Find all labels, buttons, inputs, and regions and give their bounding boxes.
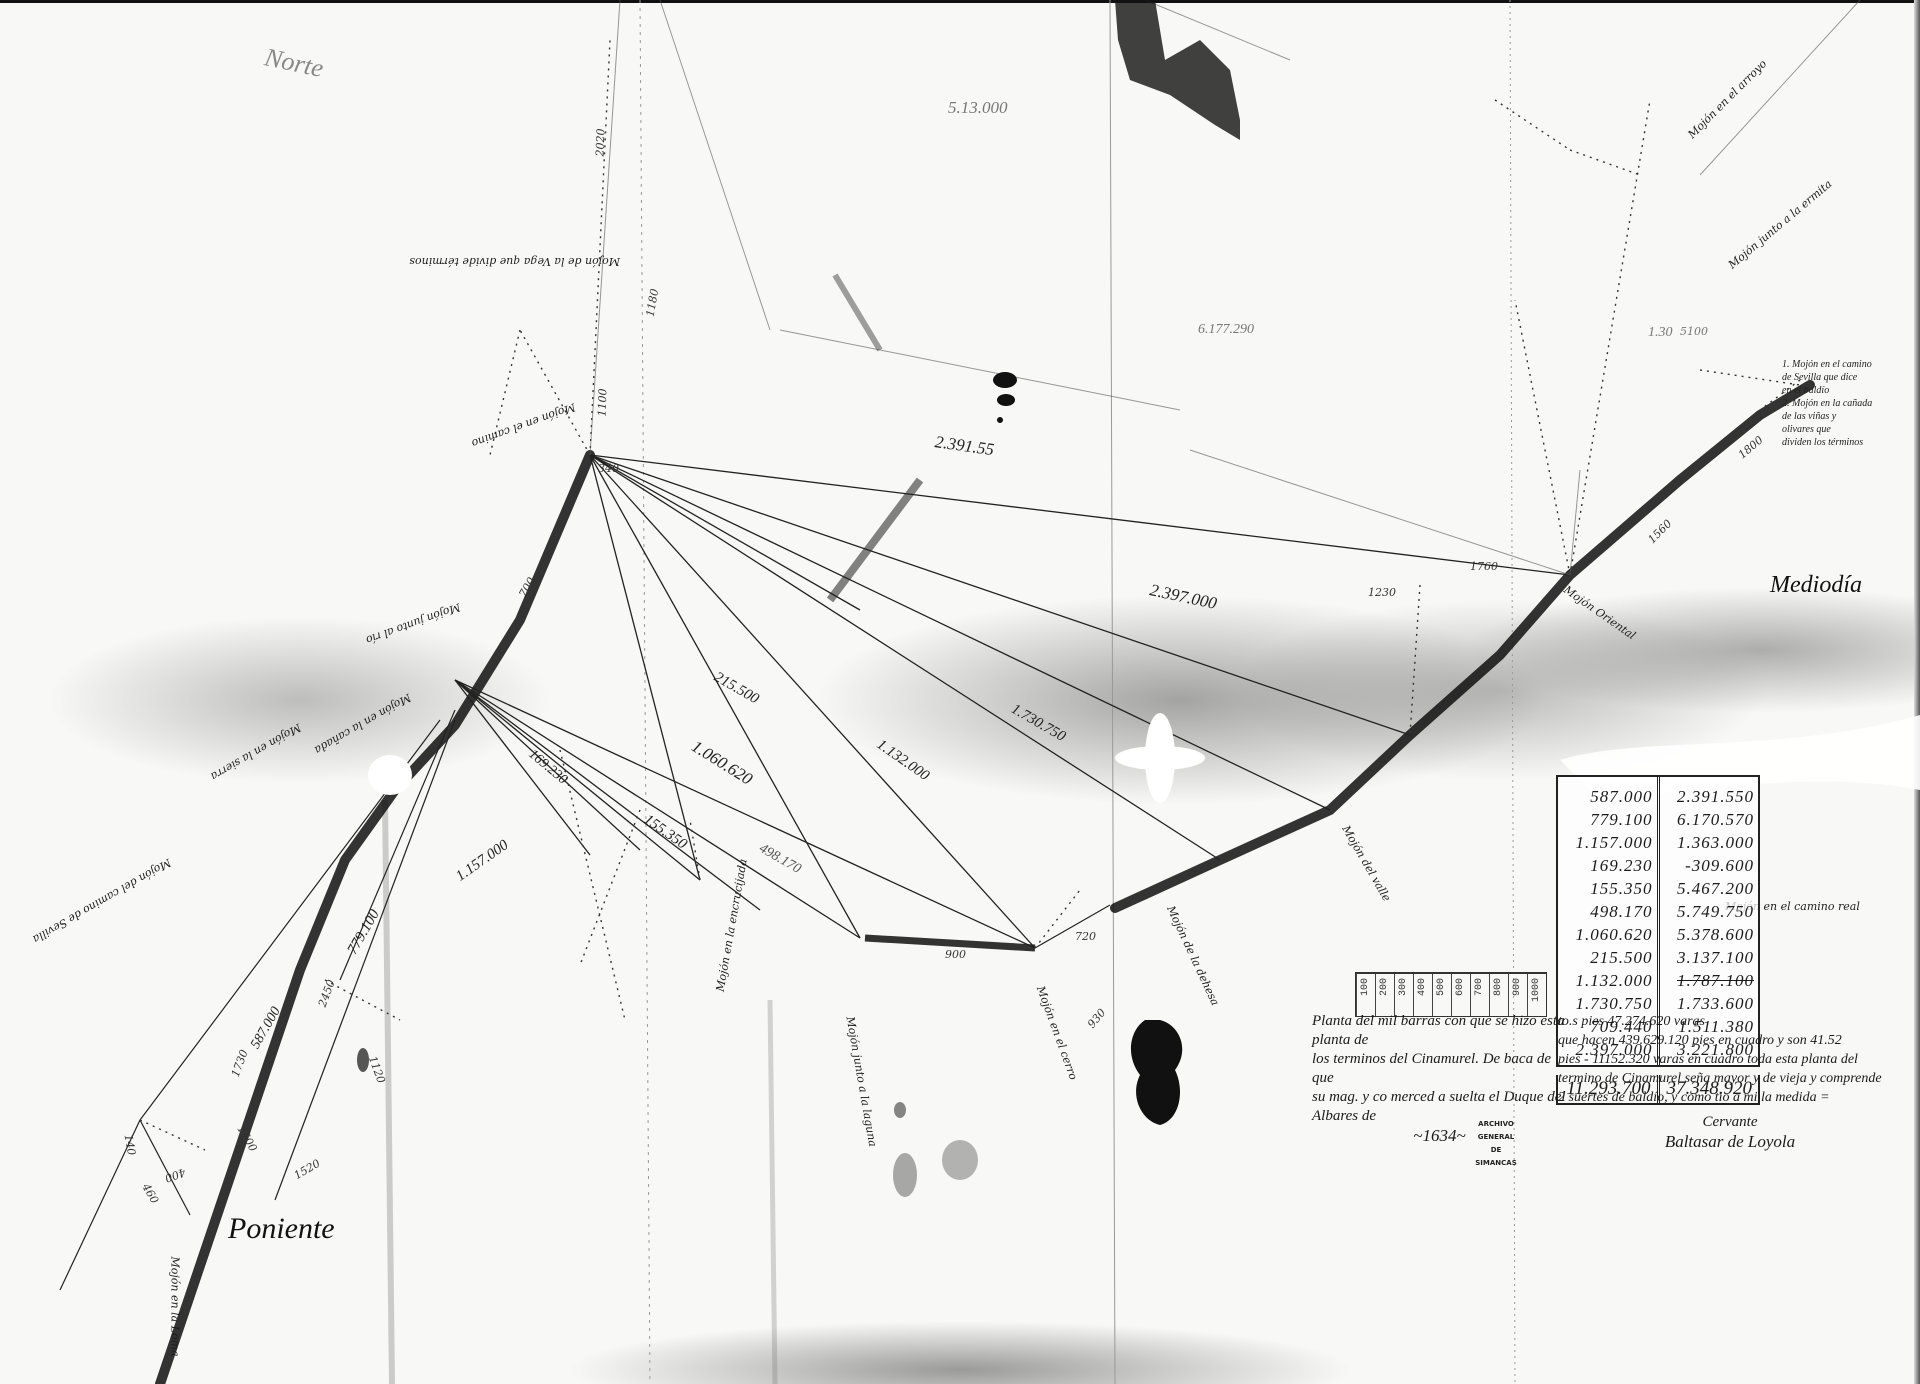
note-line: 2 suertes de baldío, y como tio a mi la … (1558, 1088, 1918, 1107)
note-line: to.s pies 47.274.620 varas (1558, 1012, 1918, 1031)
tally-cell: 779.100 (1562, 808, 1653, 831)
survey-linework (0, 0, 1920, 1384)
tally-cell: 5.378.600 (1664, 923, 1755, 946)
ink-blots (357, 0, 1240, 1197)
scale-tick: 200 (1375, 974, 1394, 1016)
title-year: ~1634~ (1312, 1126, 1567, 1145)
compass-label-west: Poniente (228, 1212, 335, 1246)
title-line: Planta del mil barras con que se hizo es… (1312, 1012, 1567, 1050)
tally-cell: 1.157.000 (1562, 831, 1653, 854)
margin-note: 1. Mojón en el camino de Sevilla que dic… (1782, 358, 1912, 449)
scale-bar: 1002003004005006007008009001000 (1355, 972, 1547, 1017)
tally-cell: 169.230 (1562, 854, 1653, 877)
segment-length: 1100 (596, 388, 610, 416)
survey-notes: to.s pies 47.274.620 varas que hacen 439… (1558, 1012, 1918, 1107)
segment-length: 1760 (1470, 560, 1498, 573)
place-note: Mojón de la Vega que divide términos (409, 255, 620, 268)
note-line: termino de Cinamurel seña mayor y de vie… (1558, 1069, 1918, 1088)
title-line: los terminos del Cinamurel. De baca de q… (1312, 1050, 1567, 1088)
measurement-top-center: 5.13.000 (948, 98, 1008, 118)
title-block: Planta del mil barras con que se hizo es… (1312, 1012, 1567, 1145)
tally-cell: 1.363.000 (1664, 831, 1755, 854)
measurement-upper-right: 6.177.290 (1198, 322, 1254, 338)
tally-cell: 1.060.620 (1562, 923, 1653, 946)
scale-tick: 1000 (1527, 974, 1546, 1016)
scale-tick: 900 (1508, 974, 1527, 1016)
title-line: su mag. y co merced a suelta el Duque de… (1312, 1088, 1567, 1126)
note-line: que hacen 439.629.120 pies en cuadro y s… (1558, 1031, 1918, 1050)
tally-cell: 155.350 (1562, 877, 1653, 900)
tally-cell: 2.391.550 (1664, 785, 1755, 808)
scale-tick: 300 (1394, 974, 1413, 1016)
scale-tick: 100 (1356, 974, 1375, 1016)
measurement-far-right: 1.30 (1648, 325, 1673, 341)
tally-cell: 1.132.000 (1562, 969, 1653, 992)
segment-length: 2020 (594, 128, 608, 156)
tally-cell: 1.787.100 (1664, 969, 1755, 992)
compass-label-south: Mediodía (1770, 572, 1862, 599)
scale-tick: 400 (1413, 974, 1432, 1016)
segment-length: 1230 (1368, 586, 1396, 599)
segment-length: 340 (598, 462, 619, 475)
surveyor-signature: Cervante Baltasar de Loyola (1650, 1112, 1810, 1152)
scale-tick: 700 (1470, 974, 1489, 1016)
archive-stamp: ARCHIVO GENERAL DE SIMANCAS (1465, 1118, 1527, 1174)
tally-cell: 498.170 (1562, 900, 1653, 923)
segment-length: 5100 (1680, 325, 1708, 338)
segment-length: 900 (945, 948, 966, 961)
tally-cell: -309.600 (1664, 854, 1755, 877)
survey-rays-b (455, 680, 1035, 948)
tally-cell: 215.500 (1562, 946, 1653, 969)
note-line: pies - 11152.320 varas en cuadro toda es… (1558, 1050, 1918, 1069)
tally-cell: 5.467.200 (1664, 877, 1755, 900)
tally-cell: 5.749.750 (1664, 900, 1755, 923)
tally-cell: 6.170.570 (1664, 808, 1755, 831)
tally-cell: 587.000 (1562, 785, 1653, 808)
scale-tick: 600 (1451, 974, 1470, 1016)
segment-length: 720 (1075, 930, 1096, 943)
place-note: Mojón en la Loma (169, 1257, 182, 1357)
tally-cell: 3.137.100 (1664, 946, 1755, 969)
scale-tick: 500 (1432, 974, 1451, 1016)
scale-tick: 800 (1489, 974, 1508, 1016)
